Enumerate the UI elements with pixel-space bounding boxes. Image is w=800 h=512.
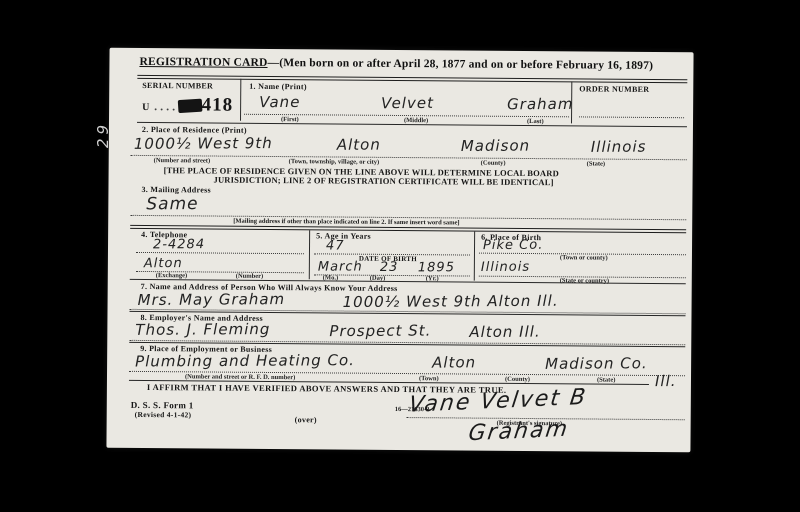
form-revision: (Revised 4-1-42): [135, 410, 192, 419]
name-label: 1. Name (Print): [249, 82, 307, 91]
order-number-write-line: [579, 115, 684, 118]
contact-address-handwritten: 1000½ West 9th Alton Ill.: [343, 292, 559, 311]
residence-sub-street: (Number and street): [154, 157, 211, 164]
telephone-line1: [136, 251, 304, 254]
employment-town-handwritten: Alton: [432, 353, 476, 371]
scanned-registration-card-page: 29 REGISTRATION CARD—(Men born on or aft…: [0, 0, 800, 512]
table-divider-left: [309, 230, 310, 279]
row1-divider-left: [240, 79, 241, 121]
dob-year-handwritten: 1895: [418, 260, 455, 275]
serial-prefix: U: [142, 102, 150, 113]
birthplace-sub-town: (Town or county): [560, 254, 608, 261]
order-number-label: ORDER NUMBER: [579, 84, 649, 94]
employment-business-handwritten: Plumbing and Heating Co.: [135, 351, 355, 370]
age-handwritten: 47: [326, 238, 345, 253]
mailing-address-label: 3. Mailing Address: [141, 185, 211, 195]
serial-value: 418: [202, 94, 234, 115]
residence-town-handwritten: Alton: [337, 136, 381, 154]
signature-handwritten-line2: Graham: [467, 417, 571, 447]
residence-sub-county: (County): [481, 160, 506, 167]
residence-note-line2: JURISDICTION; LINE 2 OF REGISTRATION CER…: [214, 175, 554, 188]
employer-city-handwritten: Alton Ill.: [469, 323, 540, 341]
telephone-exchange-handwritten: Alton: [144, 256, 183, 271]
form-number: D. S. S. Form 1: [131, 400, 194, 410]
registration-card: REGISTRATION CARD—(Men born on or after …: [106, 48, 693, 453]
mailing-double-rule: [130, 225, 686, 233]
serial-number-label: SERIAL NUMBER: [142, 81, 213, 91]
name-last-handwritten: Graham: [507, 95, 573, 113]
residence-street-handwritten: 1000½ West 9th: [134, 134, 273, 153]
birthplace-state-handwritten: Illinois: [481, 260, 530, 275]
name-middle-handwritten: Velvet: [381, 94, 434, 112]
employer-street-handwritten: Prospect St.: [329, 322, 431, 341]
card-title-rest: —(Men born on or after April 28, 1877 an…: [268, 57, 654, 72]
table-divider-right: [474, 232, 475, 281]
residence-sub-town: (Town, township, village, or city): [289, 158, 380, 166]
title-double-rule: [137, 75, 687, 83]
employer-name-handwritten: Thos. J. Fleming: [135, 320, 270, 339]
residence-state-handwritten: Illinois: [591, 138, 647, 156]
mailing-address-handwritten: Same: [146, 194, 198, 214]
over-note: (over): [295, 415, 317, 424]
contact-name-handwritten: Mrs. May Graham: [138, 290, 286, 309]
serial-number-entry: U ....418: [142, 94, 233, 117]
dob-month-handwritten: March: [318, 259, 363, 274]
employment-county-handwritten: Madison Co.: [545, 354, 648, 373]
name-first-handwritten: Vane: [259, 93, 300, 111]
card-title: REGISTRATION CARD—(Men born on or after …: [139, 56, 653, 72]
dob-day-handwritten: 23: [380, 260, 399, 275]
residence-sub-state: (State): [587, 160, 605, 167]
employment-state-handwritten: Ill.: [655, 372, 677, 390]
serial-struck-out-blot: [177, 99, 202, 113]
card-title-main: REGISTRATION CARD: [139, 56, 267, 69]
residence-county-handwritten: Madison: [461, 137, 530, 155]
